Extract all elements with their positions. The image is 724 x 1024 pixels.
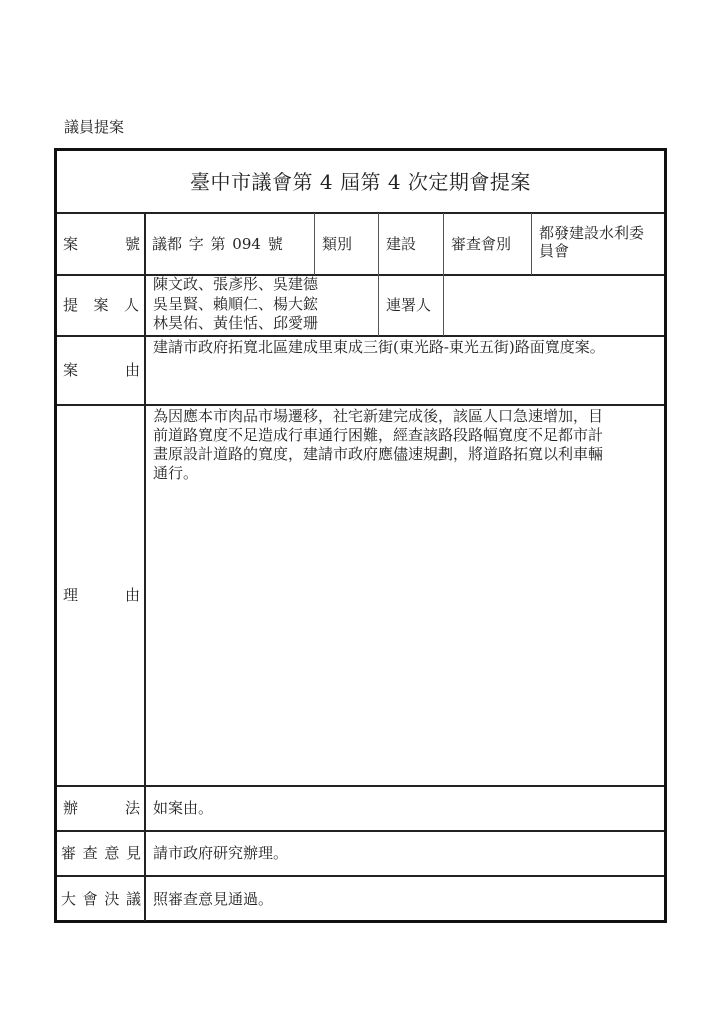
proposer-line: 林昊佑、黃佳恬、邱愛珊: [153, 314, 373, 334]
proposers-list: 陳文政、張彥彤、吳建德 吳呈賢、賴順仁、楊大鋐 林昊佑、黃佳恬、邱愛珊: [147, 275, 377, 335]
reason-line: 前道路寬度不足造成行車通行困難，經查該路段路幅寬度不足都市計: [153, 426, 661, 445]
reason-line: 通行。: [153, 464, 661, 483]
review-opinion-label: 審 查 意 見: [57, 832, 145, 875]
column-divider: [378, 213, 379, 336]
review-committee-value: 都發建設水利委 員會: [532, 214, 664, 275]
reason-line: 畫原設計道路的寬度，建請市政府應儘速規劃，將道路拓寬以利車輛: [153, 445, 661, 464]
category-value: 建設: [379, 214, 443, 275]
column-divider: [314, 213, 315, 275]
column-divider: [531, 213, 532, 275]
proposer-line: 吳呈賢、賴順仁、楊大鋐: [153, 295, 373, 315]
subject-value: 建請市政府拓寬北區建成里東成三街(東光路-東光五街)路面寬度案。: [147, 337, 665, 404]
proposal-form-table: 臺中市議會第 4 屆第 4 次定期會提案 案 號 議都 字 第 094 號 類別…: [54, 148, 667, 923]
method-value: 如案由。: [147, 787, 665, 830]
reason-label: 理 由: [57, 406, 145, 785]
review-opinion-value: 請市政府研究辦理。: [147, 832, 665, 875]
proposer-line: 陳文政、張彥彤、吳建德: [153, 275, 373, 295]
form-title: 臺中市議會第 4 屆第 4 次定期會提案: [57, 151, 664, 213]
method-label: 辦 法: [57, 787, 145, 830]
cosigners-label: 連署人: [379, 276, 443, 335]
cosigners-value: [444, 276, 664, 335]
proposers-label: 提 案 人: [57, 276, 145, 335]
case-number-value: 議都 字 第 094 號: [147, 214, 314, 275]
document-header-label: 議員提案: [64, 116, 124, 137]
reason-line: 為因應本市肉品市場遷移，社宅新建完成後，該區人口急速增加，目: [153, 407, 661, 426]
review-committee-label: 審查會別: [444, 214, 531, 275]
reason-value: 為因應本市肉品市場遷移，社宅新建完成後，該區人口急速增加，目 前道路寬度不足造成…: [147, 406, 665, 785]
resolution-label: 大 會 決 議: [57, 877, 145, 921]
case-number-label: 案 號: [57, 214, 145, 275]
subject-label: 案 由: [57, 337, 145, 404]
column-divider: [443, 213, 444, 336]
category-label: 類別: [315, 214, 378, 275]
resolution-value: 照審查意見通過。: [147, 877, 665, 921]
label-column-divider: [144, 213, 146, 921]
